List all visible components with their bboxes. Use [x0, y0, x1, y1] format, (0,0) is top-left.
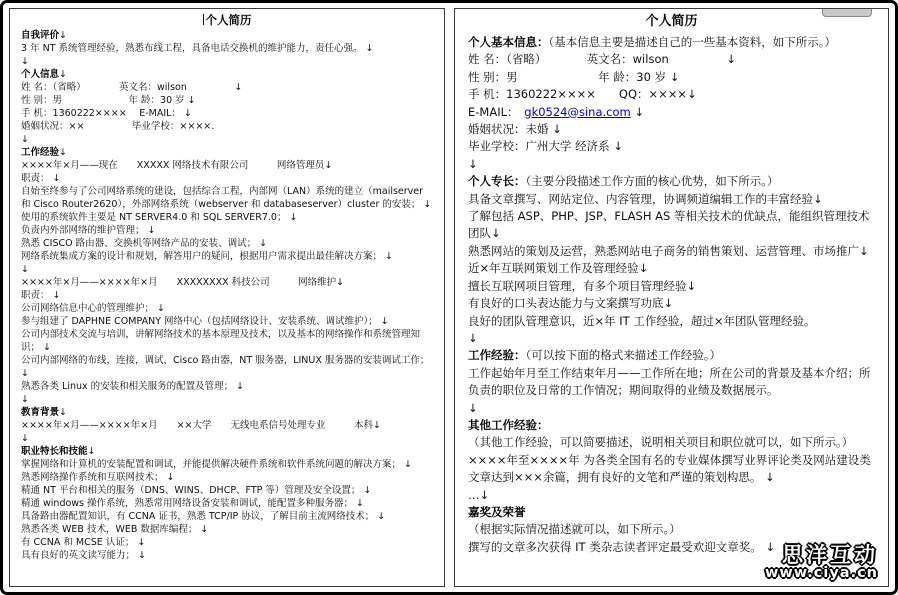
text-line: ××××年×月——现在 XXXXX 网络技术有限公司 网络管理员↓	[21, 159, 433, 172]
text-line: 负责内外部网络的维护管理； ↓	[21, 224, 433, 237]
text-line: 姓 名：（省略） 英文名：wilson ↓	[21, 81, 433, 94]
text-line: 精通 windows 操作系统，熟悉常用网络设备安装和调试，能配置多种服务器； …	[21, 497, 433, 510]
text-line: 教育背景↓	[21, 406, 433, 419]
text-line: 手 机：1360222×××× QQ：××××↓	[468, 86, 875, 103]
section-heading: 工作经验	[21, 147, 59, 158]
text-line: E-MAIL： gk0524@sina.com ↓	[468, 104, 875, 121]
resume-page-left: 个人简历 自我评价↓3 年 NT 系统管理经验，熟悉布线工程，具备电话交换机的维…	[9, 8, 445, 587]
left-page-content: 自我评价↓3 年 NT 系统管理经验，熟悉布线工程，具备电话交换机的维护能力，责…	[21, 29, 433, 562]
text-line: 了解包括 ASP、PHP、JSP、FLASH AS 等相关技术的优缺点，能组织管…	[468, 208, 875, 243]
text-line: 公司网络信息中心的管理维护； ↓	[21, 302, 433, 315]
text-line: ↓	[21, 432, 433, 445]
text-line: 其他工作经验：	[468, 417, 875, 434]
section-heading: 个人专长：	[468, 174, 526, 188]
text-line: 性 别：男 年 龄：30 岁 ↓	[468, 69, 875, 86]
text-line: 工作起始年月至工作结束年月——工作所在地；所在公司的背景及基本介绍；所负责的职位…	[468, 365, 875, 400]
page-title-text: 个人简历	[645, 14, 697, 29]
section-heading: 职业特长和技能	[21, 446, 88, 457]
text-line: 3 年 NT 系统管理经验，熟悉布线工程，具备电话交换机的维护能力，责任心强。 …	[21, 42, 433, 55]
text-line: 近×年互联网策划工作及管理经验↓	[468, 260, 875, 277]
text-line: ↓	[468, 156, 875, 173]
right-page-content: 个人基本信息：（基本信息主要是描述自己的一些基本资料，如下所示。）姓 名：（省略…	[468, 34, 875, 556]
text-line: 有 CCNA 和 MCSE 认证； ↓	[21, 536, 433, 549]
section-heading: 教育背景	[21, 407, 59, 418]
text-line: 职业特长和技能↓	[21, 445, 433, 458]
text-line: 熟悉网络操作系统和互联网技术； ↓	[21, 471, 433, 484]
text-line: 使用的系统软件主要是 NT SERVER4.0 和 SQL SERVER7.0；…	[21, 211, 433, 224]
text-line: 个人基本信息：（基本信息主要是描述自己的一些基本资料，如下所示。）	[468, 34, 875, 51]
text-line: ××××年至××××年 为各类全国有名的专业媒体撰写业界评论类及网站建设类文章达…	[468, 452, 875, 487]
text-line: 职责： ↓	[21, 289, 433, 302]
text-line: 公司内部网络的布线，连接，调试，Cisco 路由器，NT 服务器，LINUX 服…	[21, 354, 433, 380]
text-line: 工作经验↓	[21, 146, 433, 159]
text-line: 掌握网络和计算机的安装配置和调试，并能提供解决硬件系统和软件系统问题的解决方案；…	[21, 458, 433, 471]
text-line: …↓	[468, 487, 875, 504]
section-heading: 工作经验：	[468, 348, 526, 362]
text-line: 个人信息↓	[21, 68, 433, 81]
email-link[interactable]: gk0524@sina.com	[524, 105, 630, 119]
text-line: ↓	[21, 393, 433, 406]
section-heading: 嘉奖及荣誉	[468, 505, 526, 519]
text-line: 嘉奖及荣誉	[468, 504, 875, 521]
text-line: 工作经验：（可以按下面的格式来描述工作经验。）	[468, 347, 875, 364]
page-title: 个人简历	[21, 12, 433, 29]
text-line: 参与组建了 DAPHNE COMPANY 网络中心（包括网络设计、安装系统、调试…	[21, 315, 433, 328]
text-line: 有良好的口头表达能力与文案撰写功底↓	[468, 295, 875, 312]
text-line: 网络系统集成方案的设计和规划，解答用户的疑问，根据用户需求提出最佳解决方案； ↓	[21, 250, 433, 263]
scrollbar-fragment	[822, 9, 872, 17]
text-line: 姓 名：（省略） 英文名：wilson ↓	[468, 51, 875, 68]
page-title-text: 个人简历	[206, 13, 252, 27]
section-heading: 个人基本信息：	[468, 35, 549, 49]
text-line: 擅长互联网项目管理，有多个项目管理经验↓	[468, 278, 875, 295]
text-cursor	[203, 14, 204, 25]
text-line: 公司内部技术交流与培训，讲解网络技术的基本原理及技术，以及基本的网络操作和系统管…	[21, 328, 433, 354]
text-line: ××××年×月——××××年×月 ××大学 无线电系信号处理专业 本科↓	[21, 419, 433, 432]
text-line: （根据实际情况描述就可以，如下所示。）	[468, 521, 875, 538]
text-line: （其他工作经验，可以简要描述，说明相关项目和职位就可以，如下所示。）	[468, 434, 875, 451]
text-line: 个人专长：（主要分段描述工作方面的核心优势，如下所示。）	[468, 173, 875, 190]
watermark: 思洋互动 www.ciya.cn	[765, 544, 878, 581]
text-line: 具备路由器配置知识，有 CCNA 证书，熟悉 TCP/IP 协议，了解目前主流网…	[21, 510, 433, 523]
text-line: ↓	[468, 400, 875, 417]
resume-comparison-frame: 个人简历 自我评价↓3 年 NT 系统管理经验，熟悉布线工程，具备电话交换机的维…	[0, 0, 898, 595]
text-line: 婚姻状况：未婚 ↓	[468, 121, 875, 138]
text-line: ↓	[468, 330, 875, 347]
section-heading: 自我评价	[21, 30, 59, 41]
text-line: 具备文章撰写、网站定位、内容管理，协调频道编辑工作的丰富经验↓	[468, 191, 875, 208]
text-line: 毕业学校：广州大学 经济系 ↓	[468, 138, 875, 155]
text-line: ↓	[21, 263, 433, 276]
watermark-url: www.ciya.cn	[765, 566, 878, 581]
watermark-brand: 思洋互动	[765, 544, 878, 566]
section-heading: 个人信息	[21, 69, 59, 80]
text-line: ××××年×月——××××年×月 XXXXXXXX 科技公司 网络维护↓	[21, 276, 433, 289]
text-line: 自我评价↓	[21, 29, 433, 42]
text-line: 手 机：1360222×××× E-MAIL： ↓	[21, 107, 433, 120]
text-line: 熟悉网站的策划及运营，熟悉网站电子商务的销售策划、运营管理、市场推广↓	[468, 243, 875, 260]
page-title: 个人简历	[468, 12, 875, 32]
text-line: 职责： ↓	[21, 172, 433, 185]
text-line: 婚姻状况：×× 毕业学校：××××.	[21, 120, 433, 133]
text-line: 熟悉各类 Linux 的安装和相关服务的配置及管理； ↓	[21, 380, 433, 393]
text-line: 具有良好的英文读写能力； ↓	[21, 549, 433, 562]
text-line: ↓	[21, 133, 433, 146]
section-heading: 其他工作经验：	[468, 418, 549, 432]
text-line: 性 别：男 年 龄：30 岁 ↓	[21, 94, 433, 107]
text-line: 精通 NT 平台和相关的服务（DNS、WINS、DHCP、FTP 等）管理及安全…	[21, 484, 433, 497]
text-line: 熟悉各类 WEB 技术，WEB 数据库编程； ↓	[21, 523, 433, 536]
resume-page-right: 个人简历 个人基本信息：（基本信息主要是描述自己的一些基本资料，如下所示。）姓 …	[454, 8, 889, 587]
text-line: 自始至终参与了公司网络系统的建设，包括综合工程，内部网（LAN）系统的建立（ma…	[21, 185, 433, 211]
text-line: 熟悉 CISCO 路由器、交换机等网络产品的安装、调试； ↓	[21, 237, 433, 250]
text-line: 良好的团队管理意识，近×年 IT 工作经验，超过×年团队管理经验。	[468, 313, 875, 330]
text-line: ↓	[21, 55, 433, 68]
